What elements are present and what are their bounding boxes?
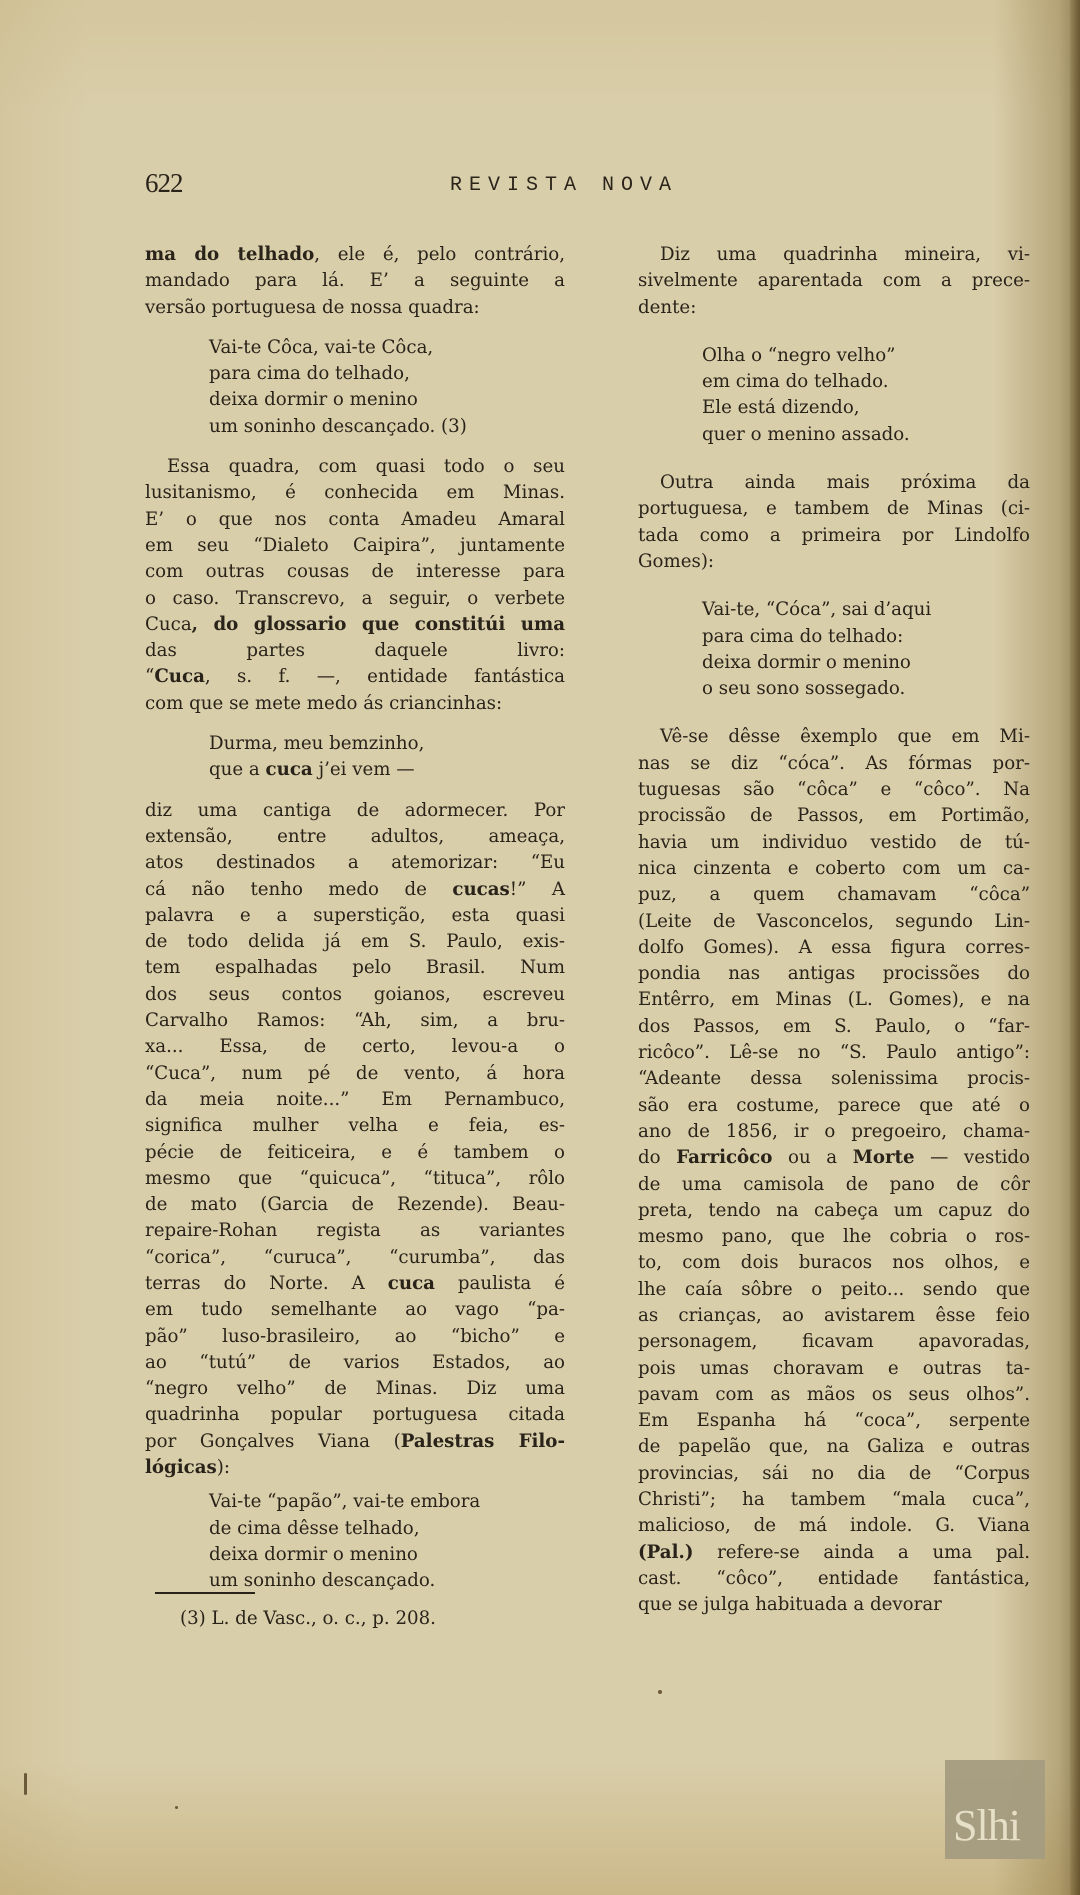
page-edge-shadow xyxy=(1070,0,1080,1895)
text-line: palavra e a superstição, esta quasi xyxy=(145,903,565,929)
text-line: um soninho descançado. xyxy=(209,1568,565,1594)
text-line: provincias, sái no dia de “Corpus xyxy=(638,1461,1030,1487)
text-line: do Farricôco ou a Morte — vestido xyxy=(638,1145,1030,1171)
text-line: deixa dormir o menino xyxy=(209,387,565,413)
paragraph: Diz uma quadrinha mineira, vi-sivelmente… xyxy=(638,242,1030,321)
text-line: pão” luso-brasileiro, ao “bicho” e xyxy=(145,1324,565,1350)
text-line: dolfo Gomes). A essa figura corres- xyxy=(638,935,1030,961)
right-column: Diz uma quadrinha mineira, vi-sivelmente… xyxy=(638,242,1030,1619)
text-line: “corica”, “curuca”, “curumba”, das xyxy=(145,1245,565,1271)
text-line: puz, a quem chamavam “côca” xyxy=(638,882,1030,908)
text-line: lógicas): xyxy=(145,1455,565,1481)
text-line: o caso. Transcrevo, a seguir, o verbete xyxy=(145,586,565,612)
text-line: Ele está dizendo, xyxy=(702,395,1030,421)
text-line: nica cinzenta e coberto com um ca- xyxy=(638,856,1030,882)
text-line: E’ o que nos conta Amadeu Amaral xyxy=(145,507,565,533)
text-line: preta, tendo na cabeça um capuz do xyxy=(638,1198,1030,1224)
text-line: lusitanismo, é conhecida em Minas. xyxy=(145,480,565,506)
paragraph: diz uma cantiga de adormecer. Porextensã… xyxy=(145,798,565,1482)
text-line: que se julga habituada a devorar xyxy=(638,1592,1030,1618)
page-header: 622 REVISTA NOVA xyxy=(145,168,1025,208)
text-line: “Adeante dessa solenissima procis- xyxy=(638,1066,1030,1092)
text-line: de todo delida já em S. Paulo, exis- xyxy=(145,929,565,955)
text-line: lhe caía sôbre o peito... sendo que xyxy=(638,1277,1030,1303)
text-line: por Gonçalves Viana (Palestras Filo- xyxy=(145,1429,565,1455)
text-line: para cima do telhado: xyxy=(702,624,1030,650)
text-line: da meia noite...” Em Pernambuco, xyxy=(145,1087,565,1113)
text-line: xa... Essa, de certo, levou-a o xyxy=(145,1034,565,1060)
text-line: procissão de Passos, em Portimão, xyxy=(638,803,1030,829)
text-line: personagem, ficavam apavoradas, xyxy=(638,1329,1030,1355)
verse-quatrain: Olha o “negro velho”em cima do telhado.E… xyxy=(638,343,1030,448)
text-line: em seu “Dialeto Caipira”, juntamente xyxy=(145,533,565,559)
text-line: portuguesa, e tambem de Minas (ci- xyxy=(638,496,1030,522)
text-line: havia um individuo vestido de tú- xyxy=(638,830,1030,856)
text-line: Carvalho Ramos: “Ah, sim, a bru- xyxy=(145,1008,565,1034)
left-column: ma do telhado, ele é, pelo contrário,man… xyxy=(145,242,565,1595)
text-line: Entêrro, em Minas (L. Gomes), e na xyxy=(638,987,1030,1013)
text-line: com outras cousas de interesse para xyxy=(145,559,565,585)
paragraph: ma do telhado, ele é, pelo contrário,man… xyxy=(145,242,565,321)
text-line: de uma camisola de pano de côr xyxy=(638,1172,1030,1198)
running-title: REVISTA NOVA xyxy=(450,174,678,197)
text-line: “Cuca”, num pé de vento, á hora xyxy=(145,1061,565,1087)
paper-speck xyxy=(24,1773,27,1795)
text-line: nas se diz “cóca”. As fórmas por- xyxy=(638,751,1030,777)
text-line: cast. “côco”, entidade fantástica, xyxy=(638,1566,1030,1592)
text-line: tuguesas são “côca” e “côco”. Na xyxy=(638,777,1030,803)
text-line: das partes daquele livro: xyxy=(145,638,565,664)
paper-speck xyxy=(658,1690,662,1694)
text-line: em tudo semelhante ao vago “pa- xyxy=(145,1297,565,1323)
text-line: extensão, entre adultos, ameaça, xyxy=(145,824,565,850)
text-line: Christi”; ha tambem “mala cuca”, xyxy=(638,1487,1030,1513)
text-line: Cuca, do glossario que constitúi uma xyxy=(145,612,565,638)
text-line: em cima do telhado. xyxy=(702,369,1030,395)
text-line: quer o menino assado. xyxy=(702,422,1030,448)
verse-quatrain: Vai-te, “Cóca”, sai d’aquipara cima do t… xyxy=(638,597,1030,702)
text-line: de cima dêsse telhado, xyxy=(209,1516,565,1542)
text-line: tada como a primeira por Lindolfo xyxy=(638,523,1030,549)
text-line: Em Espanha há “coca”, serpente xyxy=(638,1408,1030,1434)
text-line: (Leite de Vasconcelos, segundo Lin- xyxy=(638,909,1030,935)
text-line: ricôco”. Lê-se no “S. Paulo antigo”: xyxy=(638,1040,1030,1066)
text-line: mesmo pano, que lhe cobria o ros- xyxy=(638,1224,1030,1250)
text-line: dos seus contos goianos, escreveu xyxy=(145,982,565,1008)
text-line: to, com dois buracos nos olhos, e xyxy=(638,1250,1030,1276)
paragraph: Vê-se dêsse êxemplo que em Mi-nas se diz… xyxy=(638,724,1030,1618)
text-line: deixa dormir o menino xyxy=(209,1542,565,1568)
text-line: Durma, meu bemzinho, xyxy=(209,731,565,757)
text-line: para cima do telhado, xyxy=(209,361,565,387)
text-line: tem espalhadas pelo Brasil. Num xyxy=(145,955,565,981)
text-line: são era costume, parece que até o xyxy=(638,1093,1030,1119)
text-line: mesmo que “quicuca”, “tituca”, rôlo xyxy=(145,1166,565,1192)
text-line: o seu sono sossegado. xyxy=(702,676,1030,702)
text-line: as crianças, ao avistarem êsse feio xyxy=(638,1303,1030,1329)
verse-quatrain: Vai-te “papão”, vai-te emborade cima dês… xyxy=(145,1489,565,1594)
text-line: de papelão que, na Galiza e outras xyxy=(638,1434,1030,1460)
text-line: “negro velho” de Minas. Diz uma xyxy=(145,1376,565,1402)
text-line: “Cuca, s. f. —, entidade fantástica xyxy=(145,664,565,690)
text-line: diz uma cantiga de adormecer. Por xyxy=(145,798,565,824)
text-line: terras do Norte. A cuca paulista é xyxy=(145,1271,565,1297)
paragraph: Essa quadra, com quasi todo o seulusitan… xyxy=(145,454,565,717)
paper-speck xyxy=(175,1806,178,1809)
text-line: dos Passos, em S. Paulo, o “far- xyxy=(638,1014,1030,1040)
text-line: Vai-te Côca, vai-te Côca, xyxy=(209,335,565,361)
text-line: Vai-te, “Cóca”, sai d’aqui xyxy=(702,597,1030,623)
text-line: Gomes): xyxy=(638,549,1030,575)
text-line: mandado para lá. E’ a seguinte a xyxy=(145,268,565,294)
scanned-page: 622 REVISTA NOVA ma do telhado, ele é, p… xyxy=(0,0,1080,1895)
text-line: Essa quadra, com quasi todo o seu xyxy=(145,454,565,480)
text-line: Diz uma quadrinha mineira, vi- xyxy=(638,242,1030,268)
text-line: dente: xyxy=(638,295,1030,321)
text-line: de mato (Garcia de Rezende). Beau- xyxy=(145,1192,565,1218)
text-line: pondia nas antigas procissões do xyxy=(638,961,1030,987)
footnote: (3) L. de Vasc., o. c., p. 208. xyxy=(180,1608,436,1629)
page-number: 622 xyxy=(145,168,183,199)
text-line: repaire-Rohan regista as variantes xyxy=(145,1218,565,1244)
text-line: significa mulher velha e feia, es- xyxy=(145,1113,565,1139)
text-line: Vai-te “papão”, vai-te embora xyxy=(209,1489,565,1515)
text-line: atos destinados a atemorizar: “Eu xyxy=(145,850,565,876)
text-line: ma do telhado, ele é, pelo contrário, xyxy=(145,242,565,268)
library-watermark-logo: Slhi xyxy=(945,1760,1045,1859)
text-line: sivelmente aparentada com a prece- xyxy=(638,268,1030,294)
text-line: Olha o “negro velho” xyxy=(702,343,1030,369)
text-line: (Pal.) refere-se ainda a uma pal. xyxy=(638,1540,1030,1566)
verse-quatrain: Vai-te Côca, vai-te Côca,para cima do te… xyxy=(145,335,565,440)
text-line: deixa dormir o menino xyxy=(702,650,1030,676)
text-line: quadrinha popular portuguesa citada xyxy=(145,1402,565,1428)
text-line: Vê-se dêsse êxemplo que em Mi- xyxy=(638,724,1030,750)
text-line: um soninho descançado. (3) xyxy=(209,414,565,440)
text-line: malicioso, de má indole. G. Viana xyxy=(638,1513,1030,1539)
paragraph: Outra ainda mais próxima daportuguesa, e… xyxy=(638,470,1030,575)
text-line: pavam com as mãos os seus olhos”. xyxy=(638,1382,1030,1408)
footnote-divider xyxy=(155,1592,255,1594)
text-line: que a cuca j’ei vem — xyxy=(209,757,565,783)
text-line: cá não tenho medo de cucas!” A xyxy=(145,877,565,903)
text-line: pécie de feiticeira, e é tambem o xyxy=(145,1140,565,1166)
text-line: ao “tutú” de varios Estados, ao xyxy=(145,1350,565,1376)
text-line: Outra ainda mais próxima da xyxy=(638,470,1030,496)
verse-lullaby: Durma, meu bemzinho,que a cuca j’ei vem … xyxy=(145,731,565,784)
text-line: pois umas choravam e outras ta- xyxy=(638,1356,1030,1382)
watermark-text: Slhi xyxy=(953,1800,1020,1851)
text-line: ano de 1856, ir o pregoeiro, chama- xyxy=(638,1119,1030,1145)
text-line: versão portuguesa de nossa quadra: xyxy=(145,295,565,321)
text-line: com que se mete medo ás criancinhas: xyxy=(145,691,565,717)
